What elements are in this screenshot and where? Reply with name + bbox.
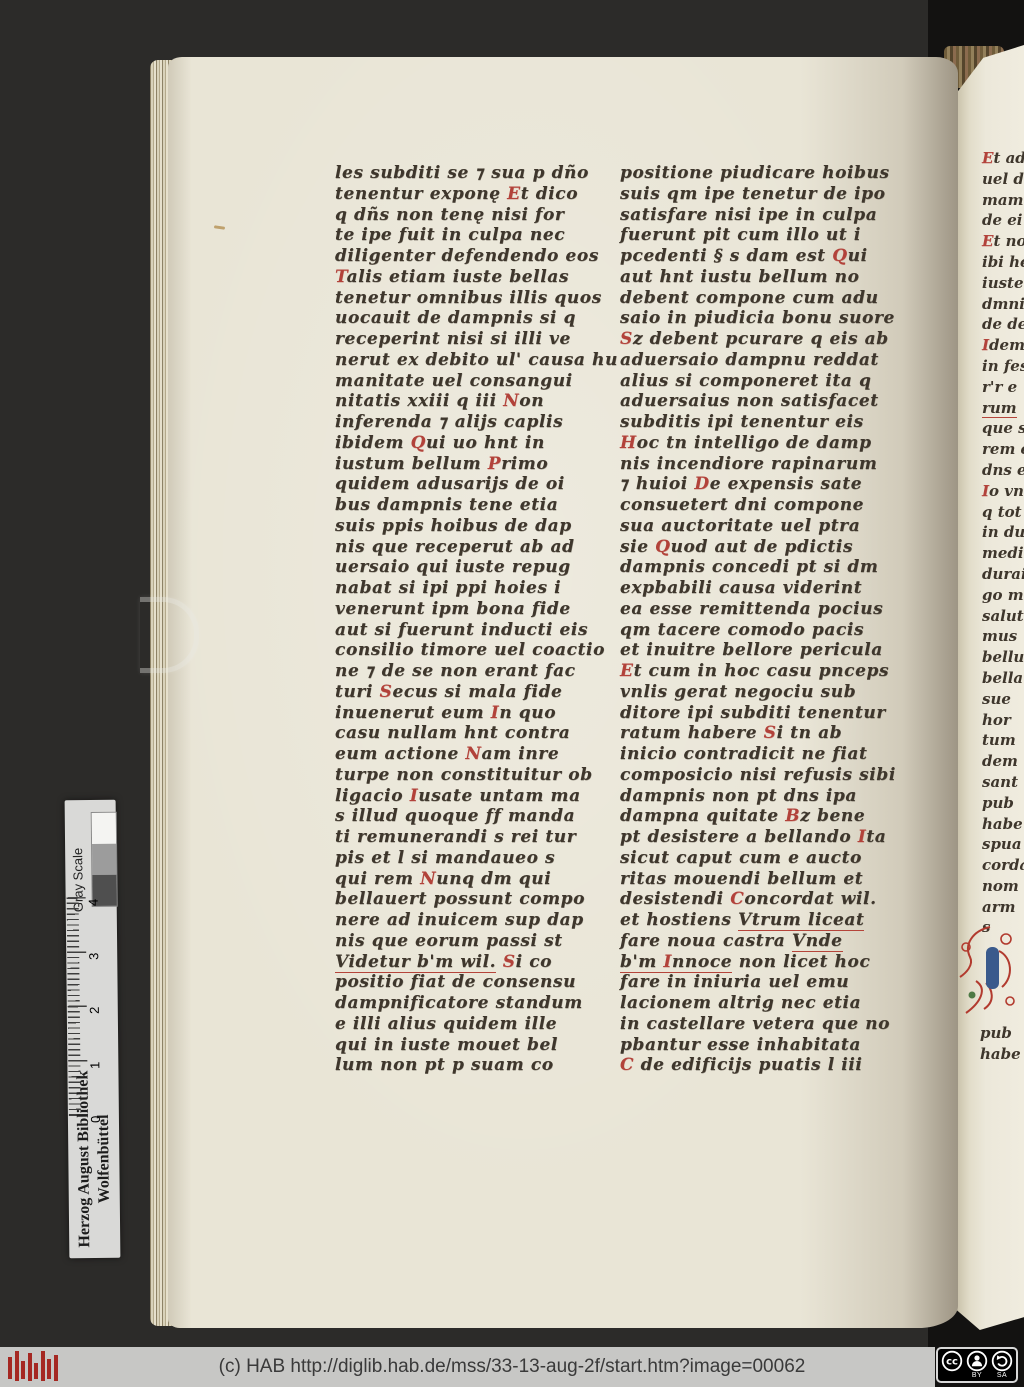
manuscript-line: vnlis gerat negociu sub	[620, 682, 916, 703]
manuscript-line: nis que eorum passi st	[335, 931, 603, 952]
manuscript-line: quidem adusarijs de oi	[335, 474, 603, 495]
manuscript-line: dampnificatore standum	[335, 993, 603, 1014]
manuscript-line: positio fiat de consensu	[335, 972, 603, 993]
manuscript-line: pis et l si mandaueo s	[335, 848, 603, 869]
manuscript-line: rem e	[982, 439, 1024, 460]
manuscript-line: arm	[982, 897, 1024, 918]
manuscript-line: pt desistere a bellando Ita	[620, 827, 916, 848]
manuscript-line: nerut ex debito ul' causa hu	[335, 350, 603, 371]
manuscript-line: venerunt ipm bona fide	[335, 599, 603, 620]
manuscript-line: mam	[982, 190, 1024, 211]
manuscript-line: habe	[980, 1044, 1024, 1065]
by-icon: BY	[966, 1350, 988, 1380]
manuscript-line: qui in iuste mouet bel	[335, 1035, 603, 1056]
manuscript-line: corda	[982, 855, 1024, 876]
manuscript-line: s illud quoque ff manda	[335, 806, 603, 827]
manuscript-line: dmni	[982, 294, 1024, 315]
manuscript-line: b'm Innoce non licet hoc	[620, 952, 916, 973]
manuscript-line: Io vn	[982, 481, 1024, 502]
manuscript-line: habe	[982, 814, 1024, 835]
manuscript-line: sie Quod aut de pdictis	[620, 537, 916, 558]
sa-label: SA	[997, 1372, 1007, 1380]
ruler-number: 1	[88, 1051, 102, 1069]
recto-fragments-bottom: pubhabe	[980, 1023, 1024, 1065]
manuscript-line: turi Secus si mala fide	[335, 682, 603, 703]
manuscript-line: aduersaio dampnu reddat	[620, 350, 916, 371]
manuscript-line: pub	[982, 793, 1024, 814]
manuscript-line: et inuitre bellore pericula	[620, 640, 916, 661]
manuscript-line: alius si componeret ita q	[620, 371, 916, 392]
manuscript-line: q tot	[982, 502, 1024, 523]
manuscript-line: iuste	[982, 273, 1024, 294]
manuscript-line: Sz debent pcurare q eis ab	[620, 329, 916, 350]
manuscript-line: tum	[982, 730, 1024, 751]
manuscript-line: diligenter defendendo eos	[335, 246, 603, 267]
manuscript-line: ti remunerandi s rei tur	[335, 827, 603, 848]
manuscript-line: inuenerut eum In quo	[335, 703, 603, 724]
manuscript-line: q dñs non tenę nisi for	[335, 205, 603, 226]
manuscript-line: e illi alius quidem ille	[335, 1014, 603, 1035]
cc-license-badge: cc BY SA	[936, 1347, 1018, 1383]
manuscript-line: les subditi se ⁊ sua p dño	[335, 163, 603, 184]
manuscript-line: receperint nisi si illi ve	[335, 329, 603, 350]
manuscript-line: positione piudicare hoibus	[620, 163, 916, 184]
manuscript-line: bus dampnis tene etia	[335, 495, 603, 516]
decorated-initial	[956, 923, 1024, 1019]
manuscript-line: aut si fuerunt inducti eis	[335, 620, 603, 641]
manuscript-line: ditore ipi subditi tenentur	[620, 703, 916, 724]
manuscript-line: spua	[982, 834, 1024, 855]
manuscript-line: uel d	[982, 169, 1024, 190]
ruler-number: 3	[87, 942, 101, 960]
manuscript-line: de ei	[982, 210, 1024, 231]
manuscript-line: ne ⁊ de se non erant fac	[335, 661, 603, 682]
grayscale-chip	[92, 844, 116, 875]
manuscript-line: nere ad inuicem sup dap	[335, 910, 603, 931]
manuscript-line: bella	[982, 668, 1024, 689]
manuscript-line: pcedenti § s dam est Qui	[620, 246, 916, 267]
manuscript-line: sue	[982, 689, 1024, 710]
facing-page-sliver: Et aduel dmamde eiEt noibi heiustedmnide…	[956, 45, 1024, 1330]
manuscript-line: medi	[982, 543, 1024, 564]
manuscript-line: dem	[982, 751, 1024, 772]
copyright-text: (c) HAB http://diglib.hab.de/mss/33-13-a…	[0, 1347, 1024, 1387]
ruler-number: 0	[89, 1105, 103, 1123]
ruler-number: 2	[88, 996, 102, 1014]
manuscript-line: hor	[982, 710, 1024, 731]
manuscript-line: sant	[982, 772, 1024, 793]
manuscript-line: ritas mouendi bellum et	[620, 869, 916, 890]
by-label: BY	[972, 1372, 982, 1380]
manuscript-line: fuerunt pit cum illo ut i	[620, 225, 916, 246]
grayscale-chip	[92, 813, 116, 844]
manuscript-line: ibidem Qui uo hnt in	[335, 433, 603, 454]
manuscript-line: bellauert possunt compo	[335, 889, 603, 910]
manuscript-line: aduersaius non satisfacet	[620, 391, 916, 412]
manuscript-line: iustum bellum Primo	[335, 454, 603, 475]
manuscript-line: nabat si ipi ppi hoies i	[335, 578, 603, 599]
institution-line1: Herzog August Bibliothek	[73, 1066, 95, 1252]
manuscript-line: inferenda ⁊ alijs caplis	[335, 412, 603, 433]
text-column-1: les subditi se ⁊ sua p dñotenentur expon…	[335, 163, 603, 1076]
manuscript-line: consilio timore uel coactio	[335, 640, 603, 661]
manuscript-line: fare noua castra Vnde	[620, 931, 916, 952]
manuscript-line: debent compone cum adu	[620, 288, 916, 309]
manuscript-line: in castellare vetera que no	[620, 1014, 916, 1035]
manuscript-line: suis qm ipe tenetur de ipo	[620, 184, 916, 205]
manuscript-line: r'r e	[982, 377, 1024, 398]
manuscript-line: nom	[982, 876, 1024, 897]
manuscript-line: bellu	[982, 647, 1024, 668]
manuscript-line: ratum habere Si tn ab	[620, 723, 916, 744]
manuscript-line: salut	[982, 606, 1024, 627]
manuscript-line: ⁊ huioi De expensis sate	[620, 474, 916, 495]
svg-text:cc: cc	[946, 1357, 958, 1368]
ruler-number: 4	[87, 888, 101, 906]
manuscript-line: nis incendiore rapinarum	[620, 454, 916, 475]
manuscript-line: desistendi Concordat wil.	[620, 889, 916, 910]
manuscript-line: inicio contradicit ne fiat	[620, 744, 916, 765]
manuscript-line: suis ppis hoibus de dap	[335, 516, 603, 537]
manuscript-line: Et ad	[982, 148, 1024, 169]
manuscript-line: consuetert dni compone	[620, 495, 916, 516]
manuscript-line: tenetur omnibus illis quos	[335, 288, 603, 309]
manuscript-line: tenentur exponę Et dico	[335, 184, 603, 205]
manuscript-line: Videtur b'm wil. Si co	[335, 952, 603, 973]
manuscript-line: manitate uel consangui	[335, 371, 603, 392]
manuscript-line: sicut caput cum e aucto	[620, 848, 916, 869]
manuscript-line: Talis etiam iuste bellas	[335, 267, 603, 288]
manuscript-line: Idem e	[982, 335, 1024, 356]
manuscript-line: nis que receperut ab ad	[335, 537, 603, 558]
manuscript-line: aut hnt iustu bellum no	[620, 267, 916, 288]
manuscript-line: in festi	[982, 356, 1024, 377]
manuscript-line: C de edificijs puatis l iii	[620, 1055, 916, 1076]
manuscript-line: go m	[982, 585, 1024, 606]
manuscript-line: uocauit de dampnis si q	[335, 308, 603, 329]
manuscript-line: ligacio Iusate untam ma	[335, 786, 603, 807]
manuscript-line: dampnis concedi pt si dm	[620, 557, 916, 578]
manuscript-line: que s	[982, 418, 1024, 439]
manuscript-line: mus	[982, 626, 1024, 647]
manuscript-line: subditis ipi tenentur eis	[620, 412, 916, 433]
manuscript-line: Et cum in hoc casu pnceps	[620, 661, 916, 682]
manuscript-line: ibi he	[982, 252, 1024, 273]
grayscale-ruler: Gray Scale Herzog August Bibliothek Wolf…	[65, 800, 121, 1259]
manuscript-line: Hoc tn intelligo de damp	[620, 433, 916, 454]
margin-mark	[214, 225, 225, 230]
manuscript-line: dampnis non pt dns ipa	[620, 786, 916, 807]
manuscript-line: Et no	[982, 231, 1024, 252]
sa-icon: SA	[991, 1350, 1013, 1380]
manuscript-line: uersaio qui iuste repug	[335, 557, 603, 578]
recto-fragments: Et aduel dmamde eiEt noibi heiustedmnide…	[982, 148, 1024, 938]
manuscript-line: nitatis xxiii q iii Non	[335, 391, 603, 412]
manuscript-line: pbantur esse inhabitata	[620, 1035, 916, 1056]
manuscript-line: durai	[982, 564, 1024, 585]
institution-label: Herzog August Bibliothek Wolfenbüttel	[73, 1066, 117, 1252]
manuscript-line: satisfare nisi ipe in culpa	[620, 205, 916, 226]
manuscript-line: fare in iniuria uel emu	[620, 972, 916, 993]
manuscript-line: in du	[982, 522, 1024, 543]
manuscript-line: turpe non constituitur ob	[335, 765, 603, 786]
manuscript-line: qm tacere comodo pacis	[620, 620, 916, 641]
manuscript-line: expbabili causa viderint	[620, 578, 916, 599]
manuscript-line: et hostiens Vtrum liceat	[620, 910, 916, 931]
manuscript-line: composicio nisi refusis sibi	[620, 765, 916, 786]
manuscript-line: dns e	[982, 460, 1024, 481]
manuscript-line: lacionem altrig nec etia	[620, 993, 916, 1014]
institution-line2: Wolfenbüttel	[93, 1066, 115, 1252]
manuscript-line: te ipe fuit in culpa nec	[335, 225, 603, 246]
text-column-2: positione piudicare hoibussuis qm ipe te…	[620, 163, 916, 1076]
manuscript-line: pub	[980, 1023, 1024, 1044]
manuscript-page: les subditi se ⁊ sua p dñotenentur expon…	[168, 57, 958, 1328]
manuscript-line: sua auctoritate uel ptra	[620, 516, 916, 537]
manuscript-line: dampna quitate Bz bene	[620, 806, 916, 827]
manuscript-line: rum	[982, 398, 1024, 419]
manuscript-line: casu nullam hnt contra	[335, 723, 603, 744]
manuscript-line: ea esse remittenda pocius	[620, 599, 916, 620]
manuscript-line: eum actione Nam inre	[335, 744, 603, 765]
manuscript-line: de de	[982, 314, 1024, 335]
cc-icon: cc	[941, 1350, 963, 1372]
digitized-manuscript-scan: { "footer": { "copyright": "(c) HAB http…	[0, 0, 1024, 1387]
manuscript-line: qui rem Nunq dm qui	[335, 869, 603, 890]
manuscript-line: saio in piudicia bonu suore	[620, 308, 916, 329]
manuscript-line: lum non pt p suam co	[335, 1055, 603, 1076]
